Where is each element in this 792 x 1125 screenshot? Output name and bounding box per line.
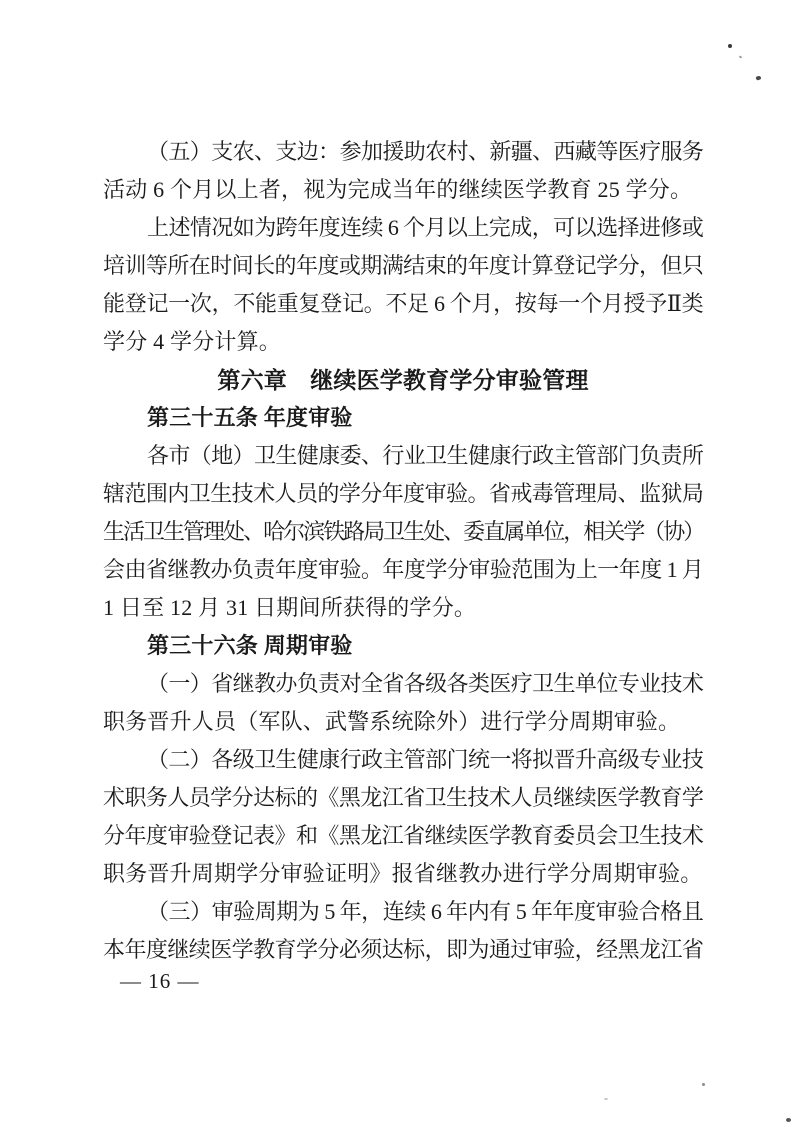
paragraph-line: （五）支农、支边：参加援助农村、新疆、西藏等医疗服务 (103, 133, 703, 171)
paragraph-line: 职务晋升人员（军队、武警系统除外）进行学分周期审验。 (103, 703, 703, 741)
scan-noise-speck (728, 44, 732, 48)
paragraph-line: 会由省继教办负责年度审验。年度学分审验范围为上一年度 1 月 (103, 551, 703, 589)
paragraph-line: （三）审验周期为 5 年，连续 6 年内有 5 年年度审验合格且 (103, 893, 703, 931)
paragraph-line: 活动 6 个月以上者，视为完成当年的继续医学教育 25 学分。 (103, 171, 703, 209)
scan-noise-speck (755, 75, 761, 80)
paragraph-line: 学分 4 学分计算。 (103, 323, 703, 361)
paragraph-line: 本年度继续医学教育学分必须达标，即为通过审验，经黑龙江省 (103, 931, 703, 969)
document-page: （五）支农、支边：参加援助农村、新疆、西藏等医疗服务 活动 6 个月以上者，视为… (0, 0, 792, 1125)
paragraph-line: 上述情况如为跨年度连续 6 个月以上完成，可以选择进修或 (103, 209, 703, 247)
paragraph-line: 1 日至 12 月 31 日期间所获得的学分。 (103, 589, 703, 627)
scan-noise-speck (739, 55, 743, 58)
chapter-heading: 第六章 继续医学教育学分审验管理 (103, 361, 703, 399)
paragraph-line: 培训等所在时间长的年度或期满结束的年度计算登记学分，但只 (103, 247, 703, 285)
section-heading-article-35: 第三十五条 年度审验 (103, 399, 703, 437)
paragraph-line: 术职务人员学分达标的《黑龙江省卫生技术人员继续医学教育学 (103, 779, 703, 817)
page-number: — 16 — (120, 966, 200, 996)
paragraph-line: （二）各级卫生健康行政主管部门统一将拟晋升高级专业技 (103, 741, 703, 779)
paragraph-line: （一）省继教办负责对全省各级各类医疗卫生单位专业技术 (103, 665, 703, 703)
document-body: （五）支农、支边：参加援助农村、新疆、西藏等医疗服务 活动 6 个月以上者，视为… (103, 133, 703, 969)
paragraph-line: 职务晋升周期学分审验证明》报省继教办进行学分周期审验。 (103, 855, 703, 893)
paragraph-line: 分年度审验登记表》和《黑龙江省继续医学教育委员会卫生技术 (103, 817, 703, 855)
paragraph-line: 各市（地）卫生健康委、行业卫生健康行政主管部门负责所 (103, 437, 703, 475)
paragraph-line: 能登记一次，不能重复登记。不足 6 个月，按每一个月授予Ⅱ类 (103, 285, 703, 323)
scan-noise-speck (786, 1118, 791, 1122)
scan-noise-speck (604, 1098, 608, 1100)
paragraph-line: 辖范围内卫生技术人员的学分年度审验。省戒毒管理局、监狱局 (103, 475, 703, 513)
paragraph-line: 生活卫生管理处、哈尔滨铁路局卫生处、委直属单位，相关学（协） (103, 513, 703, 551)
section-heading-article-36: 第三十六条 周期审验 (103, 627, 703, 665)
scan-noise-speck (702, 1083, 705, 1086)
